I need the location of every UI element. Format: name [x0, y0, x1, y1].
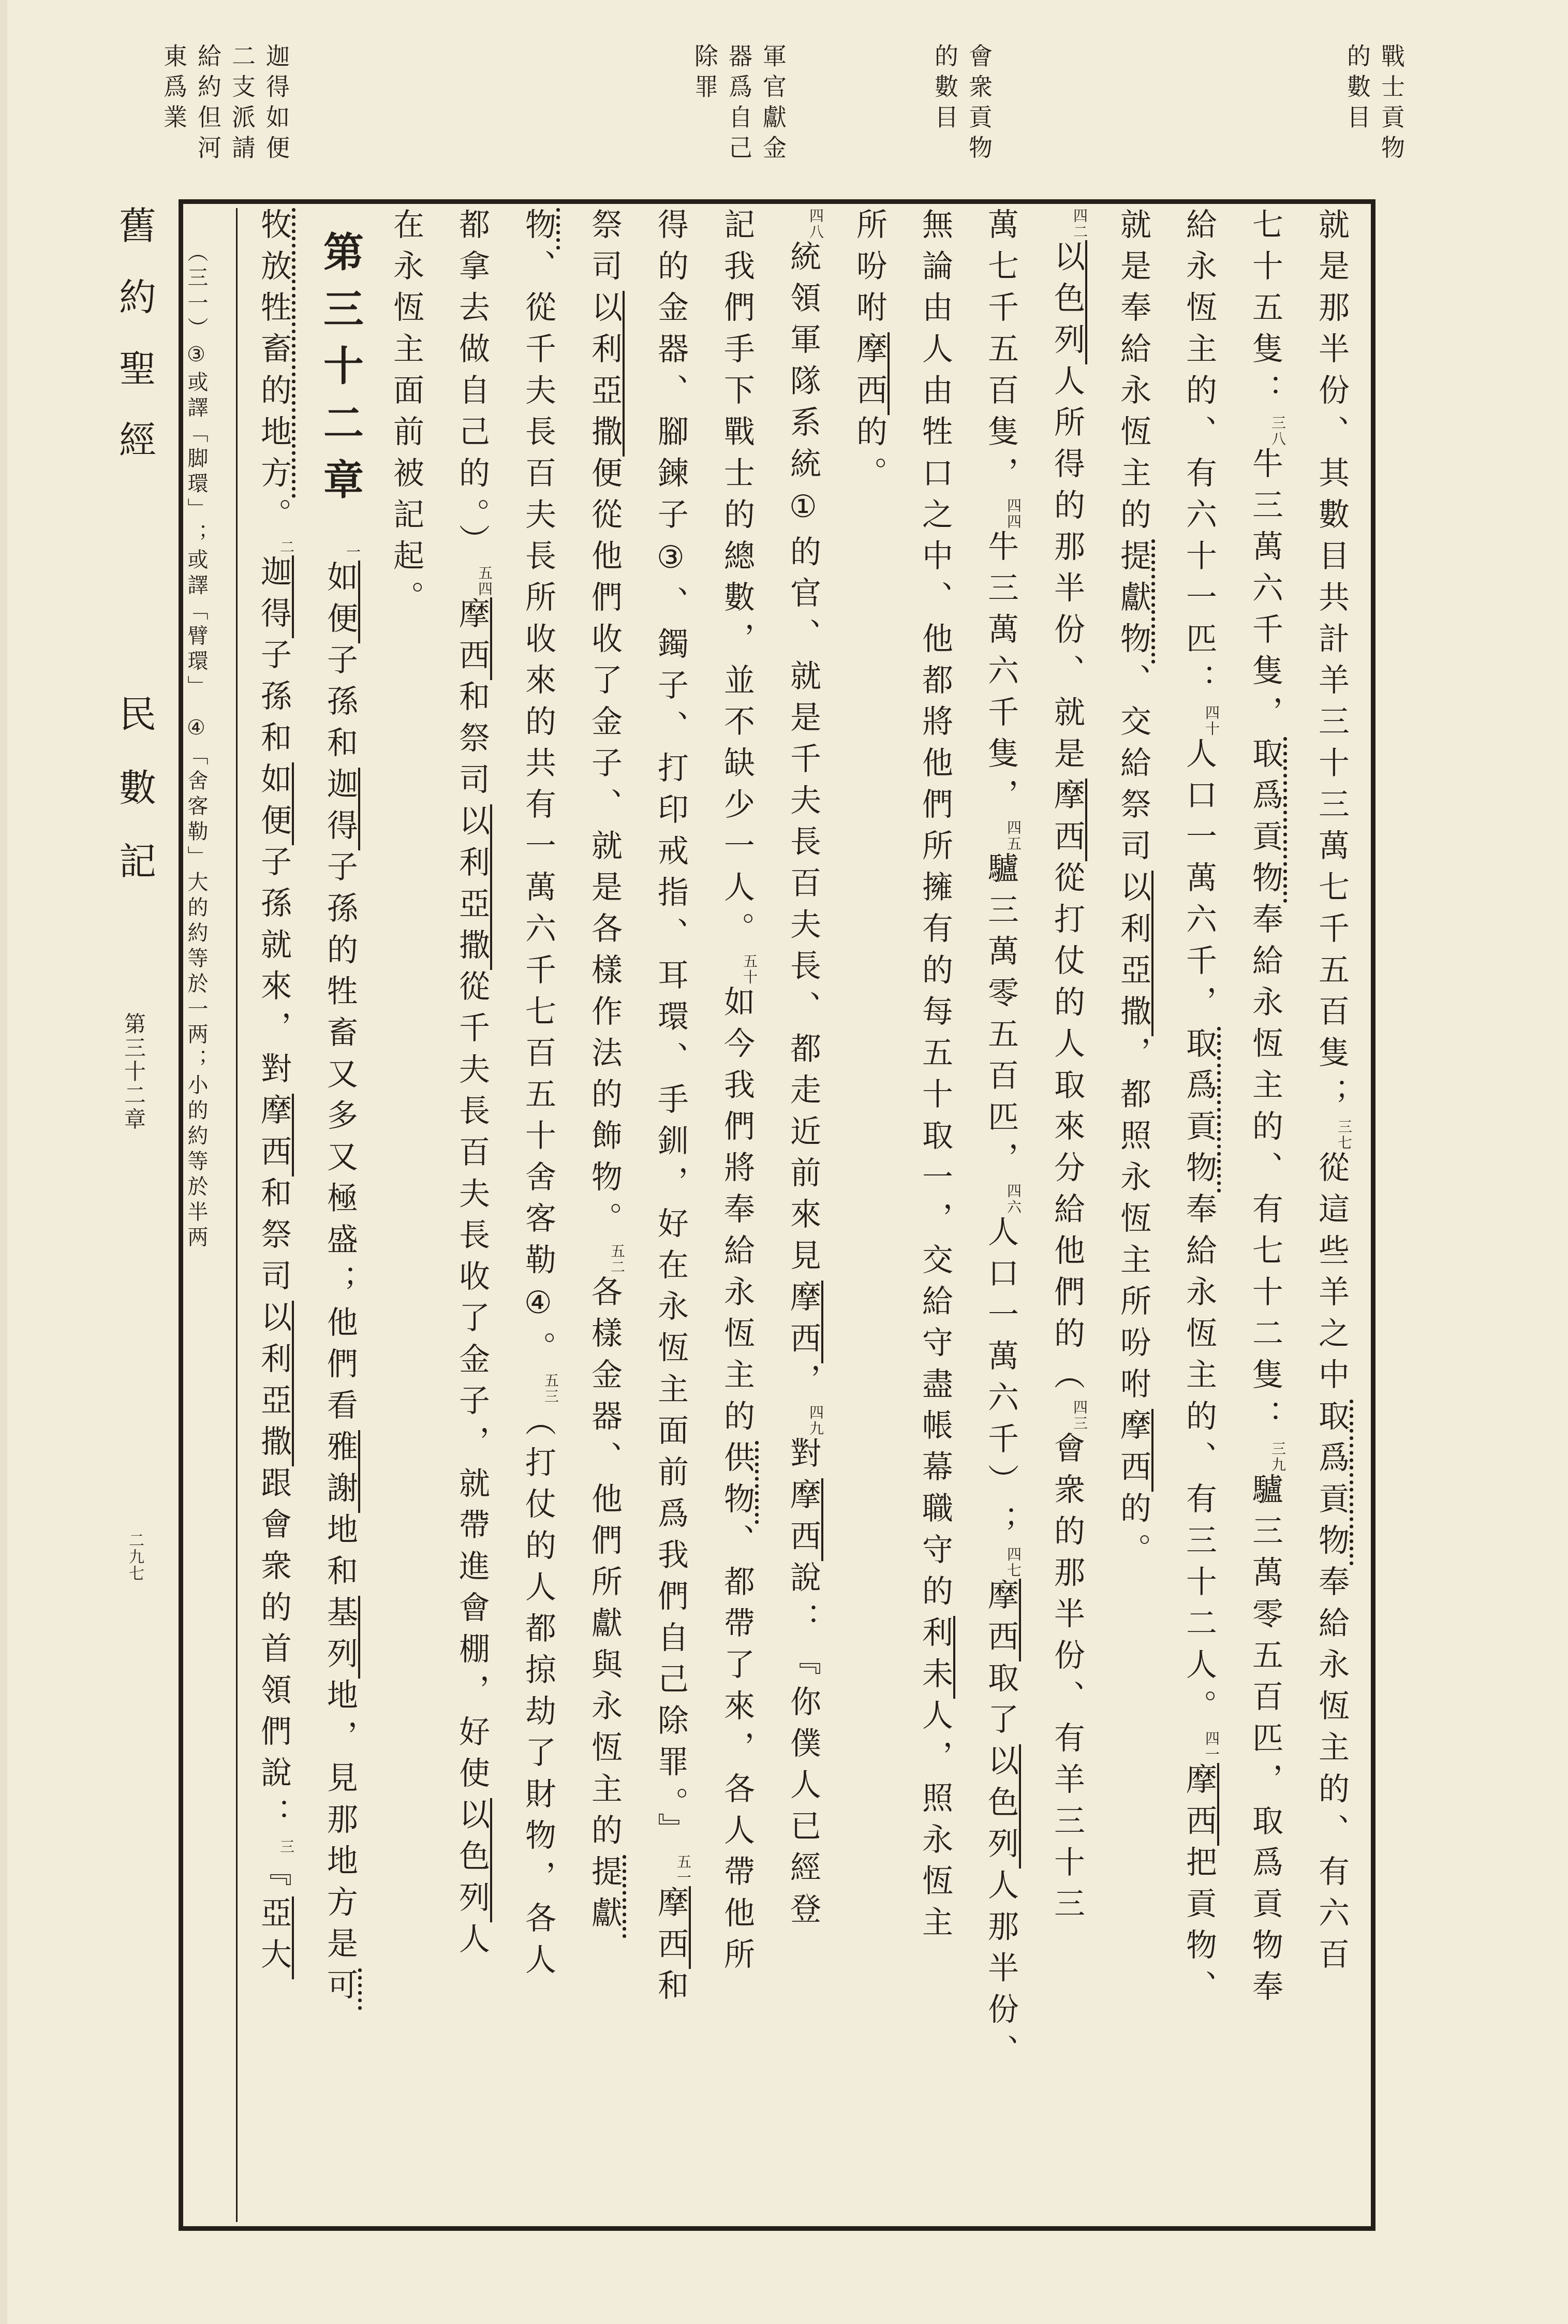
emphasized-text: 牧放牲畜的地方 — [256, 208, 295, 498]
proper-noun: 以利亞撒 — [256, 1301, 294, 1466]
text-column-13: 物、從千夫長百夫長所收來的共有一萬六千七百五十舍客勒④。五三（打仗的人都掠劫了財… — [505, 208, 571, 2222]
text-run: 跟會衆的首領們說： — [256, 1466, 292, 1839]
text-run: ， — [785, 1363, 821, 1405]
text-run: 從打仗的人取來分給他們的（ — [1049, 861, 1085, 1400]
margin-note-line: 器爲自己 — [722, 43, 756, 166]
proper-noun: 摩西 — [653, 1886, 691, 1969]
text-column-16: 第三十二章一如便子孫和迦得子孫的牲畜又多又極盛；他們看雅謝地和基列地，見那地方是… — [307, 208, 373, 2222]
text-run: 奉給永恆主的、有六百 — [1313, 1565, 1350, 1979]
text-column-10: 記我們手下戰士的總數，並不缺少一人。五十如今我們將奉給永恆主的供物、都帶了來，各… — [704, 208, 770, 2222]
footnote-column: （三一）③或譯「脚環」；或譯「臂環」 ④「舍客勒」大的約等於一两；小的約等於半两 — [187, 208, 238, 2222]
verse-number: 五四 — [476, 565, 493, 597]
proper-noun: 迦得 — [322, 768, 360, 850]
proper-noun: 雅謝 — [322, 1430, 360, 1513]
emphasized-text: 取爲貢物 — [1181, 1027, 1221, 1193]
margin-note-line: 會衆貢物 — [962, 43, 996, 166]
text-run: 、交給祭司 — [1115, 664, 1151, 871]
text-run: ，都照永恆主所吩咐 — [1115, 1036, 1151, 1409]
verse-number: 四二 — [1071, 208, 1088, 240]
proper-noun: 迦得 — [256, 555, 294, 638]
text-run: 取了 — [983, 1661, 1019, 1744]
text-run: 給永恆主的、有六十一匹： — [1181, 208, 1217, 705]
text-run: 得的金器、腳鍊子③、鐲子、打印戒指、耳環、手釧，好在永恆主面前爲我們自己除罪。』 — [653, 208, 689, 1854]
margin-note-line: 給約但河 — [191, 43, 225, 166]
margin-note-line: 二支派請 — [225, 43, 259, 166]
text-run: 子孫和 — [322, 643, 358, 768]
margin-note: 軍官獻金器爲自己除罪 — [688, 43, 790, 166]
proper-noun: 摩西 — [983, 1579, 1021, 1661]
text-run: 七十五隻： — [1247, 208, 1283, 415]
text-run: 和祭司 — [256, 1176, 292, 1301]
verse-number: 四十 — [1203, 705, 1220, 737]
chapter-heading: 第三十二章 — [317, 231, 363, 516]
proper-noun: 摩西 — [1049, 778, 1087, 861]
main-text-box: 就是那半份、其數目共計羊三十三萬七千五百隻；三七從這些羊之中取爲貢物奉給永恆主的… — [179, 199, 1375, 2231]
margin-note: 戰士貢物的數目 — [1340, 43, 1409, 166]
verse-number: 四八 — [807, 208, 824, 240]
text-run: 的。 — [851, 415, 887, 498]
proper-noun: 摩西 — [1181, 1763, 1219, 1846]
text-column-15: 在永恆主面前被記起。 — [373, 208, 439, 2222]
margin-note-line: 戰士貢物 — [1374, 43, 1409, 166]
verse-number: 四一 — [1203, 1731, 1220, 1763]
text-column-7: 無論由人由牲口之中、他都將他們所擁有的每五十取一，交給守盡帳幕職守的利未人，照永… — [902, 208, 968, 2222]
proper-noun: 如便 — [256, 762, 294, 845]
text-run: 子孫就來，對 — [256, 845, 292, 1094]
text-run: 各樣金器、他們所獻與永恆主的 — [586, 1275, 623, 1855]
proper-noun: 摩西 — [785, 1281, 823, 1363]
text-run: 地和 — [322, 1513, 358, 1596]
margin-note-line: 的數目 — [928, 43, 962, 166]
verse-number: 四九 — [807, 1405, 824, 1437]
text-columns: 就是那半份、其數目共計羊三十三萬七千五百隻；三七從這些羊之中取爲貢物奉給永恆主的… — [187, 208, 1365, 2222]
text-run: 人，照永恆主 — [917, 1699, 953, 1947]
text-run: 會衆的那半份、有羊三十三 — [1049, 1432, 1085, 1929]
page: { "sidebar": { "testament": "舊約聖經", "boo… — [0, 0, 1568, 2324]
proper-noun: 如便 — [322, 561, 360, 643]
text-column-2: 七十五隻：三八牛三萬六千隻，取爲貢物奉給永恆主的、有七十二隻：三九驢三萬零五百匹… — [1232, 208, 1298, 2222]
text-run: 子孫和 — [256, 638, 292, 762]
text-run: 說：『你僕人已經登 — [785, 1561, 821, 1934]
text-run: 和 — [653, 1969, 689, 2010]
text-column-4: 就是奉給永恆主的提獻物、交給祭司以利亞撒，都照永恆主所吩咐摩西的。 — [1100, 208, 1166, 2222]
sidebar-testament-title: 舊約聖經 — [108, 206, 161, 492]
text-run: 把貢物、 — [1181, 1846, 1217, 2011]
margin-note-line: 東爲業 — [157, 43, 191, 166]
text-column-14: 都拿去做自己的。）五四摩西和祭司以利亞撒從千夫長百夫長收了金子，就帶進會棚，好使… — [439, 208, 505, 2222]
verse-number: 一 — [344, 545, 361, 561]
text-run: 和祭司 — [454, 680, 490, 804]
verse-number: 五一 — [675, 1854, 692, 1886]
sidebar-chapter-label: 第三十二章 — [118, 1012, 149, 1131]
text-run: 無論由人由牲口之中、他都將他們所擁有的每五十取一，交給守盡帳幕職守的 — [917, 208, 953, 1616]
text-run: 奉給永恆主的、有七十二隻： — [1247, 903, 1283, 1441]
proper-noun: 摩西 — [1115, 1409, 1153, 1492]
text-run: 統領軍隊系統①的官、就是千夫長百夫長、都走近前來見 — [785, 240, 821, 1281]
proper-noun: 以色列 — [1049, 240, 1087, 364]
emphasized-text: 供物 — [719, 1441, 759, 1524]
verse-number: 五三 — [542, 1373, 559, 1405]
verse-number: 四五 — [1005, 820, 1022, 852]
verse-number: 四四 — [1005, 498, 1022, 530]
verse-number: 三八 — [1269, 415, 1286, 447]
emphasized-text: 物 — [520, 208, 560, 249]
margin-note-line: 的數目 — [1340, 43, 1374, 166]
verse-number: 五二 — [609, 1243, 626, 1275]
verse-number: 二 — [278, 539, 295, 555]
text-column-5: 四二以色列人所得的那半份、就是摩西從打仗的人取來分給他們的（四三會衆的那半份、有… — [1034, 208, 1100, 2222]
text-run: 如今我們將奉給永恆主的 — [719, 986, 755, 1441]
text-column-6: 萬七千五百隻，四四牛三萬六千隻，四五驢三萬零五百匹，四六人口一萬六千）；四七摩西… — [968, 208, 1034, 2222]
text-run: 子孫的牲畜又多又極盛；他們看 — [322, 850, 358, 1430]
page-number: 二九七 — [123, 1532, 146, 1582]
text-run: 『 — [256, 1855, 292, 1896]
scan-edge-shadow — [0, 0, 7, 2324]
text-run: 人所得的那半份、就是 — [1049, 364, 1085, 778]
text-run: 從千夫長百夫長收了金子，就帶進會棚，好使 — [454, 970, 490, 1798]
text-run: 祭司 — [586, 208, 623, 291]
proper-noun: 亞大 — [256, 1896, 294, 1979]
verse-number: 四三 — [1071, 1400, 1088, 1432]
text-run: 就是奉給永恆主的 — [1115, 208, 1151, 539]
margin-note: 迦得如便二支派請給約但河東爲業 — [157, 43, 293, 166]
proper-noun: 摩西 — [454, 597, 492, 680]
proper-noun: 以色列 — [983, 1744, 1021, 1869]
text-run: 、都帶了來，各人帶他所 — [719, 1524, 755, 1979]
text-run: 人 — [454, 1922, 490, 1964]
text-run: 人口一萬六千， — [1181, 737, 1217, 1027]
text-run: 驢三萬零五百匹， — [983, 852, 1019, 1183]
emphasized-text: 取爲貢物 — [1247, 737, 1287, 903]
text-run: 牛三萬六千隻， — [983, 530, 1019, 820]
emphasized-text: 可 — [322, 1968, 362, 2010]
verse-number: 四七 — [1005, 1547, 1022, 1579]
emphasized-text: 提獻物 — [1115, 539, 1155, 664]
text-run: 在永恆主面前被記起。 — [388, 208, 424, 622]
proper-noun: 以利亞撒 — [586, 291, 625, 457]
text-run: （三一）③或譯「脚環」；或譯「臂環」 ④「舍客勒」大的約等於一两；小的約等於半两 — [187, 241, 208, 1252]
text-run: 所吩咐 — [851, 208, 887, 332]
sidebar-book-title: 民數記 — [108, 695, 161, 915]
text-run: 牛三萬六千隻， — [1247, 447, 1283, 737]
verse-number: 三九 — [1269, 1441, 1286, 1473]
text-column-9: 四八統領軍隊系統①的官、就是千夫長百夫長、都走近前來見摩西，四九對摩西說：『你僕… — [770, 208, 836, 2222]
margin-note: 會衆貢物的數目 — [928, 43, 996, 166]
text-run: 對 — [785, 1437, 821, 1478]
emphasized-text: 取爲貢物 — [1313, 1400, 1353, 1565]
proper-noun: 以利亞撒 — [1115, 871, 1153, 1036]
text-column-1: 就是那半份、其數目共計羊三十三萬七千五百隻；三七從這些羊之中取爲貢物奉給永恆主的… — [1298, 208, 1365, 2222]
text-run: 奉給永恆主的、有三十二人。 — [1181, 1193, 1217, 1731]
text-run: 萬七千五百隻， — [983, 208, 1019, 498]
text-column-3: 給永恆主的、有六十一匹：四十人口一萬六千，取爲貢物奉給永恆主的、有三十二人。四一… — [1166, 208, 1232, 2222]
text-column-17: 牧放牲畜的地方。二迦得子孫和如便子孫就來，對摩西和祭司以利亞撒跟會衆的首領們說：… — [241, 208, 307, 2222]
proper-noun: 利未 — [917, 1616, 955, 1699]
text-run: 都拿去做自己的。） — [454, 208, 490, 565]
text-run: 人那半份、 — [983, 1869, 1019, 2076]
text-run: 。 — [256, 498, 292, 539]
text-run: 從這些羊之中 — [1313, 1151, 1350, 1400]
verse-number: 三 — [278, 1839, 295, 1855]
text-run: 人口一萬六千）； — [983, 1215, 1019, 1547]
text-column-8: 所吩咐摩西的。 — [836, 208, 902, 2222]
text-run: （打仗的人都掠劫了財物，各人 — [520, 1405, 556, 1984]
proper-noun: 基列 — [322, 1596, 360, 1679]
proper-noun: 以利亞撒 — [454, 804, 492, 970]
text-run: 驢三萬零五百匹，取爲貢物奉 — [1247, 1473, 1283, 2011]
text-run: 、從千夫長百夫長所收來的共有一萬六千七百五十舍客勒④。 — [520, 249, 556, 1373]
text-run: 便從他們收了金子、就是各樣作法的飾物。 — [586, 457, 623, 1243]
text-column-12: 祭司以利亞撒便從他們收了金子、就是各樣作法的飾物。五二各樣金器、他們所獻與永恆主… — [571, 208, 638, 2222]
margin-note-line: 除罪 — [688, 43, 722, 166]
proper-noun: 以色列 — [454, 1798, 492, 1922]
margin-note-line: 軍官獻金 — [756, 43, 790, 166]
proper-noun: 摩西 — [256, 1094, 294, 1176]
emphasized-text: 提獻 — [586, 1855, 626, 1938]
text-run: 就是那半份、其數目共計羊三十三萬七千五百隻； — [1313, 208, 1350, 1119]
text-run: 地，見那地方是 — [322, 1679, 358, 1968]
margin-note-line: 迦得如便 — [259, 43, 293, 166]
text-column-11: 得的金器、腳鍊子③、鐲子、打印戒指、耳環、手釧，好在永恆主面前爲我們自己除罪。』… — [638, 208, 704, 2222]
verse-number: 五十 — [741, 953, 758, 986]
proper-noun: 摩西 — [851, 332, 890, 415]
text-run: 的。 — [1115, 1492, 1151, 1575]
verse-number: 三七 — [1336, 1119, 1353, 1151]
verse-number: 四六 — [1005, 1183, 1022, 1215]
text-run: 記我們手下戰士的總數，並不缺少一人。 — [719, 208, 755, 953]
proper-noun: 摩西 — [785, 1478, 823, 1561]
